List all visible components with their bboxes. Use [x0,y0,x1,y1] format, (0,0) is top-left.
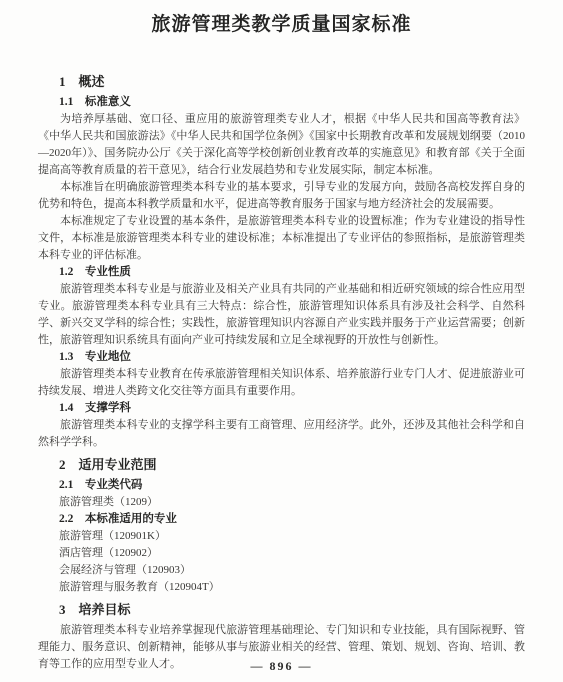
major-item-tourism-management: 旅游管理（120901K） [38,528,525,545]
section-1-1-heading: 1.1 标准意义 [38,94,525,111]
major-item-mice-economy-management: 会展经济与管理（120903） [38,562,525,579]
section-1-1-paragraph-2: 本标准旨在明确旅游管理类本科专业的基本要求，引导专业的发展方向，鼓励各高校发挥自… [38,179,525,213]
section-1-1-paragraph-1: 为培养厚基础、宽口径、重应用的旅游管理类专业人才，根据《中华人民共和国高等教育法… [38,111,525,179]
section-1-overview: 1 概述 1.1 标准意义 为培养厚基础、宽口径、重应用的旅游管理类专业人才，根… [38,73,525,451]
section-1-heading: 1 概述 [38,73,525,91]
major-category-code-item: 旅游管理类（1209） [38,494,525,511]
section-1-3-heading: 1.3 专业地位 [38,349,525,366]
section-1-2-paragraph-1: 旅游管理类本科专业是与旅游业及相关产业具有共同的产业基础和相近研究领域的综合性应… [38,281,525,349]
document-page: 旅游管理类教学质量国家标准 1 概述 1.1 标准意义 为培养厚基础、宽口径、重… [0,0,563,682]
section-2-heading: 2 适用专业范围 [38,456,525,474]
page-number: — 896 — [0,659,563,674]
section-2-1-heading: 2.1 专业类代码 [38,477,525,494]
major-item-tourism-service-education: 旅游管理与服务教育（120904T） [38,579,525,596]
section-2-applicable-majors: 2 适用专业范围 2.1 专业类代码 旅游管理类（1209） 2.2 本标准适用… [38,456,525,596]
section-1-1-paragraph-3: 本标准规定了专业设置的基本条件，是旅游管理类本科专业的设置标准；作为专业建设的指… [38,213,525,264]
section-1-4-paragraph-1: 旅游管理类本科专业的支撑学科主要有工商管理、应用经济学。此外，还涉及其他社会科学… [38,417,525,451]
section-1-4-heading: 1.4 支撑学科 [38,400,525,417]
major-item-hotel-management: 酒店管理（120902） [38,545,525,562]
section-3-heading: 3 培养目标 [38,601,525,619]
section-2-2-heading: 2.2 本标准适用的专业 [38,511,525,528]
document-title: 旅游管理类教学质量国家标准 [38,13,525,37]
section-1-2-heading: 1.2 专业性质 [38,264,525,281]
section-1-3-paragraph-1: 旅游管理类本科专业教育在传承旅游管理相关知识体系、培养旅游行业专门人才、促进旅游… [38,366,525,400]
